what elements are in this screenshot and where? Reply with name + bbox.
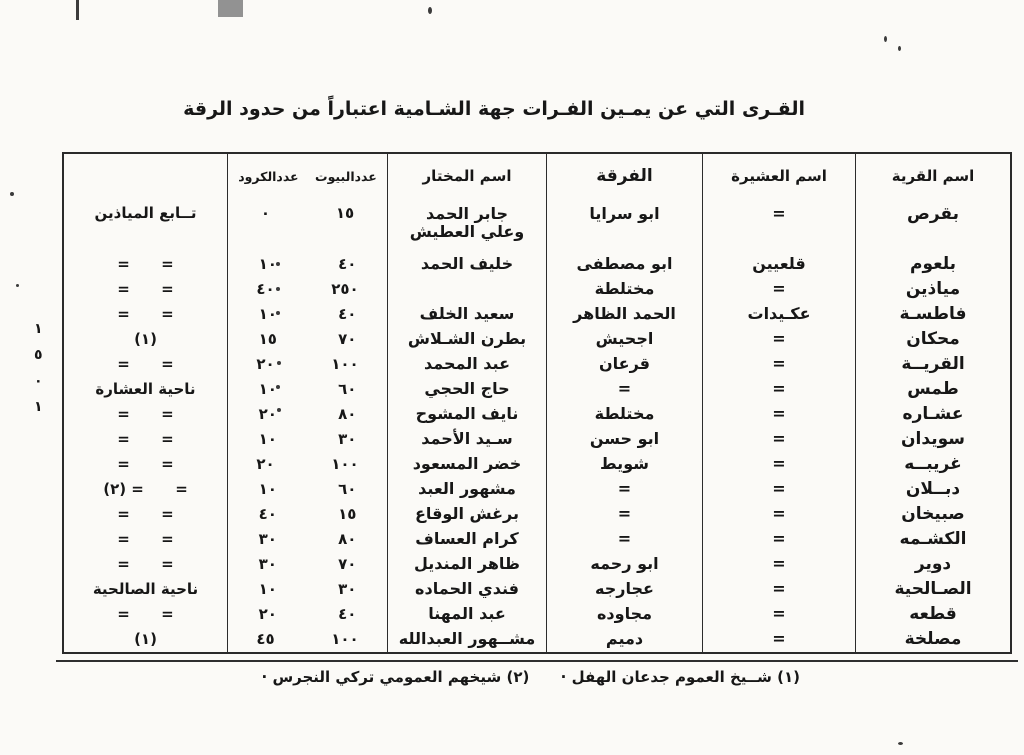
cell-division: ابو رحمه (546, 552, 702, 577)
kurud-count: ١٥ (259, 331, 277, 348)
cell-tribe-name: = (702, 627, 855, 652)
cell-district-note: (١) (64, 327, 227, 352)
cell-district-note: = = (64, 527, 227, 552)
cell-tribe-name: قلعيين (702, 252, 855, 277)
margin-digit: ١ (34, 394, 43, 420)
cell-counts: ٦٠١٠ (227, 377, 387, 402)
houses-count: ٦٠ (338, 381, 356, 398)
cell-division: مختلطة (546, 277, 702, 302)
cell-counts: ٦٠١٠ (227, 477, 387, 502)
cell-village-name: قطعه (855, 602, 1010, 627)
cell-mukhtar-name: سـيد الأحمد (387, 427, 546, 452)
cell-counts: ١٠٠٢٠ (227, 452, 387, 477)
cell-village-name: دبــلان (855, 477, 1010, 502)
scan-artifact-grey-box (218, 0, 243, 17)
cell-division: ابو سرايا (546, 200, 702, 252)
cell-district-note: = = (64, 427, 227, 452)
houses-count: ١٥ (338, 506, 356, 523)
kurud-count: ٢٠ (256, 356, 274, 373)
cell-division: = (546, 377, 702, 402)
kurud-count: ٣٠ (259, 531, 277, 548)
houses-count: ٤٠ (338, 606, 356, 623)
cell-district-note: = = (64, 402, 227, 427)
cell-tribe-name: = (702, 402, 855, 427)
cell-division: ابو مصطفى (546, 252, 702, 277)
kurud-count: ١٠ (259, 481, 277, 498)
cell-division: عجارجه (546, 577, 702, 602)
cell-division: دميم (546, 627, 702, 652)
cell-village-name: فاطسـة (855, 302, 1010, 327)
cell-district-note: = = (64, 352, 227, 377)
cell-division: = (546, 502, 702, 527)
cell-division: اجحيش (546, 327, 702, 352)
cell-counts: ٧٠١٥ (227, 327, 387, 352)
table-bottom-rule (56, 660, 1018, 662)
cell-mukhtar-name: ظاهر المنديل (387, 552, 546, 577)
cell-division: الحمد الظاهر (546, 302, 702, 327)
cell-district-note: = = (64, 252, 227, 277)
header-kurud-count: عددالكرود (238, 170, 298, 184)
cell-village-name: القريــة (855, 352, 1010, 377)
kurud-count: ٤٥ (256, 631, 274, 648)
cell-counts: ٤٠٢٠ (227, 602, 387, 627)
cell-mukhtar-name: بطرن الشـلاش (387, 327, 546, 352)
cell-mukhtar-name (387, 277, 546, 302)
villages-table: اسم القرية اسم العشيرة الفرقة اسم المختا… (62, 152, 1012, 654)
houses-count: ١٠٠ (331, 356, 358, 373)
margin-page-number: ١ ٥ ٠ ١ (34, 316, 43, 420)
cell-tribe-name: = (702, 452, 855, 477)
cell-tribe-name: = (702, 552, 855, 577)
cell-village-name: مصلخة (855, 627, 1010, 652)
cell-mukhtar-name: خضر المسعود (387, 452, 546, 477)
cell-division: شويط (546, 452, 702, 477)
houses-count: ٢٥٠ (331, 281, 358, 298)
cell-district-note: ناحية الصالحية (64, 577, 227, 602)
cell-village-name: سويدان (855, 427, 1010, 452)
scan-artifact-speck (428, 7, 432, 14)
cell-tribe-name: = (702, 577, 855, 602)
cell-division: مجاوده (546, 602, 702, 627)
cell-counts: ٤٠١٠ (227, 252, 387, 277)
houses-count: ١٠٠ (331, 456, 358, 473)
cell-counts: ٧٠٣٠ (227, 552, 387, 577)
houses-count: ٨٠ (338, 406, 356, 423)
cell-mukhtar-name: فندي الحماده (387, 577, 546, 602)
cell-counts: ١٥٤٠ (227, 502, 387, 527)
cell-village-name: الصـالحية (855, 577, 1010, 602)
header-houses-count: عددالبيوت (315, 170, 377, 184)
cell-mukhtar-name: خليف الحمد (387, 252, 546, 277)
cell-division: ابو حسن (546, 427, 702, 452)
header-district-note (64, 154, 227, 200)
scan-artifact-speck (898, 46, 901, 51)
houses-count: ٦٠ (338, 481, 356, 498)
cell-counts: ١٠٠٤٥ (227, 627, 387, 652)
kurud-count: ٢٠ (256, 456, 274, 473)
kurud-count: ١٠ (259, 306, 277, 323)
header-village-name: اسم القرية (855, 154, 1010, 200)
houses-count: ٧٠ (338, 556, 356, 573)
houses-count: ٣٠ (338, 431, 356, 448)
cell-district-note: = = (٢) (64, 477, 227, 502)
cell-village-name: محكان (855, 327, 1010, 352)
cell-village-name: غريبــه (855, 452, 1010, 477)
kurud-count: ١٠ (259, 431, 277, 448)
cell-tribe-name: عكـيدات (702, 302, 855, 327)
cell-district-note: = = (64, 502, 227, 527)
cell-division: = (546, 527, 702, 552)
cell-mukhtar-name: حاج الحجي (387, 377, 546, 402)
cell-village-name: مياذين (855, 277, 1010, 302)
cell-district-note: = = (64, 552, 227, 577)
margin-digit: ١ (34, 316, 43, 342)
kurud-count: ١٠ (259, 256, 277, 273)
cell-division: قرعان (546, 352, 702, 377)
houses-count: ٨٠ (338, 531, 356, 548)
kurud-count: ٣٠ (259, 556, 277, 573)
scan-artifact-speck (16, 284, 19, 287)
cell-tribe-name: = (702, 277, 855, 302)
kurud-count: ٤٠ (259, 506, 277, 523)
header-counts: عددالبيوت عددالكرود (227, 154, 387, 200)
header-tribe-name: اسم العشيرة (702, 154, 855, 200)
cell-village-name: عشـاره (855, 402, 1010, 427)
cell-tribe-name: = (702, 327, 855, 352)
cell-village-name: الكشـمه (855, 527, 1010, 552)
houses-count: ٧٠ (338, 331, 356, 348)
cell-tribe-name: = (702, 377, 855, 402)
scan-artifact-speck (10, 192, 14, 196)
cell-mukhtar-name: برغش الوقاع (387, 502, 546, 527)
cell-mukhtar-name: جابر الحمد وعلي العطيش (387, 200, 546, 252)
margin-digit: ٥ (34, 342, 43, 368)
cell-tribe-name: = (702, 502, 855, 527)
scan-artifact-vertical-line (76, 0, 79, 20)
houses-count: ٤٠ (338, 306, 356, 323)
header-division: الفرقة (546, 154, 702, 200)
cell-tribe-name: = (702, 477, 855, 502)
cell-village-name: طمس (855, 377, 1010, 402)
cell-district-note: = = (64, 302, 227, 327)
houses-count: ١٠٠ (331, 631, 358, 648)
houses-count: ٣٠ (338, 581, 356, 598)
cell-division: = (546, 477, 702, 502)
cell-district-note: (١) (64, 627, 227, 652)
cell-counts: ٣٠١٠ (227, 577, 387, 602)
cell-mukhtar-name: سعيد الخلف (387, 302, 546, 327)
cell-division: مختلطة (546, 402, 702, 427)
page-title: القـرى التي عن يمـين الفـرات جهة الشـامي… (235, 98, 805, 120)
cell-mukhtar-name: كرام العساف (387, 527, 546, 552)
kurud-count: ٢٠ (259, 406, 277, 423)
cell-district-note: = = (64, 602, 227, 627)
houses-count: ٤٠ (338, 256, 356, 273)
kurud-count: ٢٠ (259, 606, 277, 623)
kurud-count: ١٠ (259, 381, 277, 398)
cell-village-name: دوير (855, 552, 1010, 577)
cell-tribe-name: = (702, 352, 855, 377)
cell-tribe-name: = (702, 527, 855, 552)
scanned-document-page: القـرى التي عن يمـين الفـرات جهة الشـامي… (0, 0, 1024, 755)
cell-village-name: بقرص (855, 200, 1010, 252)
cell-counts: ٤٠١٠ (227, 302, 387, 327)
cell-mukhtar-name: نايف المشوح (387, 402, 546, 427)
cell-district-note: ناحية العشارة (64, 377, 227, 402)
houses-count: ١٥ (336, 205, 354, 222)
cell-counts: ٨٠٣٠ (227, 527, 387, 552)
kurud-count: ٠ (261, 205, 270, 222)
cell-district-note: = = (64, 277, 227, 302)
kurud-count: ١٠ (259, 581, 277, 598)
cell-tribe-name: = (702, 427, 855, 452)
cell-mukhtar-name: عبد المهنا (387, 602, 546, 627)
cell-village-name: بلعوم (855, 252, 1010, 277)
header-mukhtar-name: اسم المختار (387, 154, 546, 200)
cell-village-name: صبيخان (855, 502, 1010, 527)
cell-district-note: = = (64, 452, 227, 477)
cell-counts: ٣٠١٠ (227, 427, 387, 452)
cell-mukhtar-name: عبد المحمد (387, 352, 546, 377)
cell-tribe-name: = (702, 602, 855, 627)
margin-digit: ٠ (34, 368, 43, 394)
cell-mukhtar-name: مشــهور العبدالله (387, 627, 546, 652)
cell-counts: ١٠٠٢٠ (227, 352, 387, 377)
cell-counts: ٢٥٠٤٠ (227, 277, 387, 302)
cell-counts: ١٥٠ (227, 200, 387, 252)
cell-district-note: تــابع المياذين (64, 200, 227, 252)
cell-counts: ٨٠٢٠ (227, 402, 387, 427)
cell-mukhtar-name: مشهور العبد (387, 477, 546, 502)
scan-artifact-speck (884, 36, 887, 42)
scan-artifact-speck (898, 742, 903, 745)
kurud-count: ٤٠ (256, 281, 274, 298)
cell-tribe-name: = (702, 200, 855, 252)
footnote: (١) شــيخ العموم جدعان الهفل · (٢) شيخهم… (262, 668, 800, 686)
